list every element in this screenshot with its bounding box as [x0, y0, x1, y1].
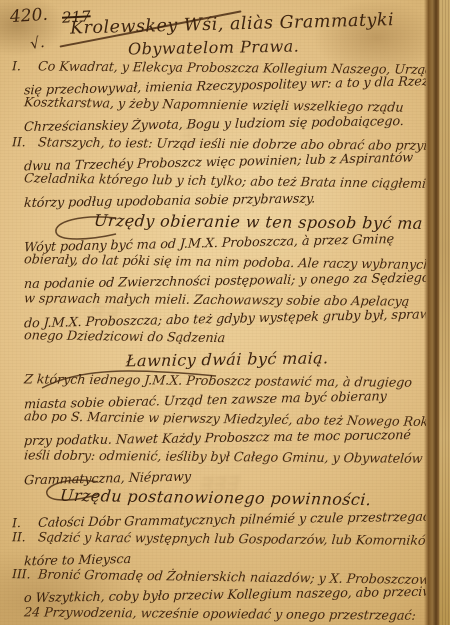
item-roman-numeral: I.	[8, 58, 38, 73]
handwritten-text: o Wszytkich, coby było przeciw Kollegium…	[24, 585, 427, 606]
item-roman-numeral: II.	[8, 134, 38, 149]
manuscript-photo: ᴟᴟᴟ ᴟᴟ ᴟᴟᴟ 420. 217 √. Krolewskey Wśi, a…	[0, 0, 450, 625]
handwritten-text: Wóyt podany być ma od J.M.X. Proboszcza,…	[24, 232, 395, 255]
handwritten-text: do J.M.X. Proboszcza; abo też gdyby wyst…	[24, 307, 427, 331]
item-roman-numeral: I.	[8, 515, 38, 530]
folio-page-number: 420.	[9, 5, 48, 28]
handwritten-text: miasta sobie obierać. Urząd ten zawsze m…	[24, 389, 387, 412]
item-roman-numeral: II.	[8, 529, 38, 544]
handwritten-text: którzy podług upodobania sobie przybraws…	[24, 191, 316, 211]
handwritten-text: przy podatku. Nawet Każdy Proboszcz ma t…	[24, 428, 412, 449]
marginal-notary-mark: √.	[29, 33, 46, 53]
manuscript-title-line-2: Obywatelom Prawa.	[128, 37, 300, 59]
handwritten-text: w sprawach małych mieli. Zachowawszy sob…	[23, 291, 409, 309]
handwritten-text: Ławnicy dwái być maią.	[125, 348, 329, 370]
manuscript-text-line: 24 Przywodzenia, wcześnie opowiedać y on…	[8, 605, 426, 625]
manuscript-page: ᴟᴟᴟ ᴟᴟ ᴟᴟᴟ 420. 217 √. Krolewskey Wśi, a…	[0, 0, 428, 625]
handwritten-text: Czeladnika którego lub y ich tylko; abo …	[23, 171, 426, 192]
handwritten-text: Kosztkarstwa, y żeby Napomnienie wzięli …	[23, 95, 404, 115]
handwritten-text: Z których iednego J.M.X. Proboszcz posta…	[23, 372, 412, 390]
handwritten-text: dwu na Trzechéy Proboszcz więc powinien;…	[24, 151, 414, 175]
page-gutter-shadow	[424, 0, 439, 625]
manuscript-text-body: I. Co Kwadrat, y Elekcya Proboszcza Koll…	[8, 60, 426, 625]
handwritten-text: Urzędu postanowionego powinności.	[59, 486, 372, 509]
manuscript-title-line-1: Krolewskey Wśi, aliàs Grammatyki	[70, 9, 420, 38]
handwritten-text: abo po S. Marcinie w pierwszy Miedzyleć,…	[23, 409, 426, 430]
handwritten-text: Całości Dóbr Grammatycznych pilnémié y c…	[38, 510, 427, 531]
handwritten-text: 24 Przywodzenia, wcześnie opowiedać y on…	[23, 605, 416, 623]
handwritten-text: Urzędy obieranie w ten sposob być ma	[93, 211, 423, 233]
handwritten-text: obierały, do lat póki się im na nim podo…	[23, 252, 426, 273]
handwritten-text: ieśli dobry: odmienić, ieśliby był Całeg…	[23, 448, 423, 466]
adjacent-page-edge	[439, 0, 450, 625]
item-roman-numeral: III.	[8, 566, 38, 581]
handwritten-text: onego Dziedzicowi do Sądzenia	[23, 328, 225, 346]
handwritten-text: na podanie od Zwierzchności postępowali;…	[24, 271, 427, 292]
handwritten-text: się przechowywał, imienia Rzeczypospolit…	[24, 74, 427, 98]
handwritten-text: Chrześcianskiey Żywota, Bogu y ludziom s…	[24, 114, 405, 135]
